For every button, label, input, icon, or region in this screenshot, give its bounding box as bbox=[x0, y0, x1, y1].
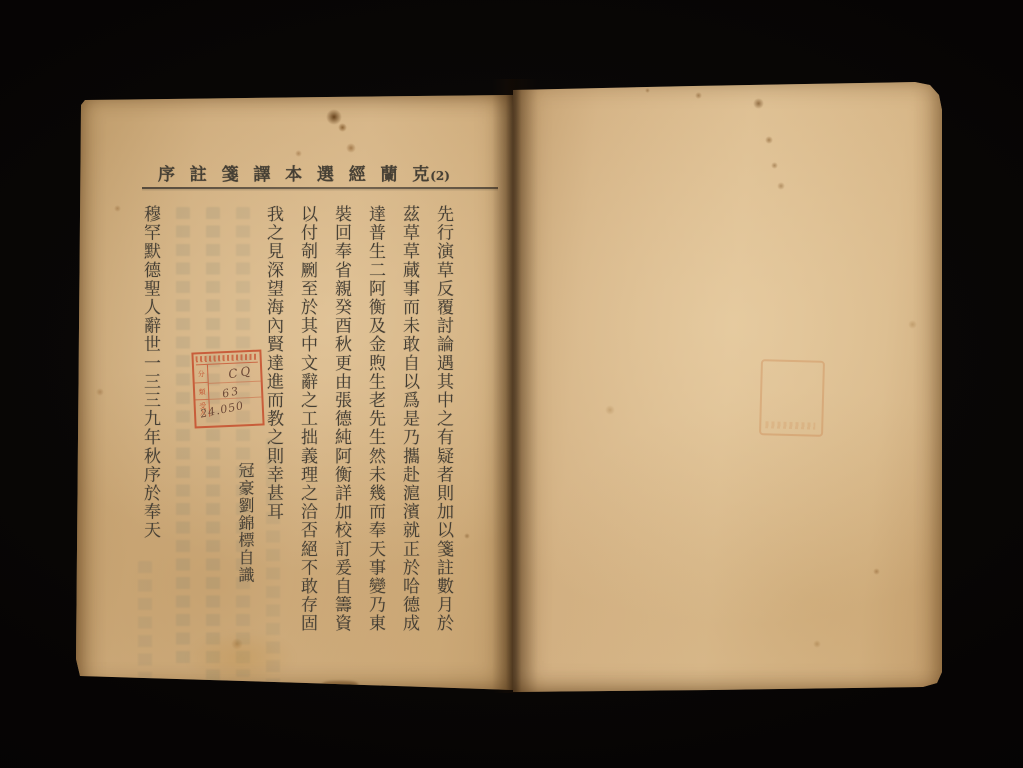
running-header-char: 選 bbox=[317, 160, 334, 185]
library-stamp: 分 類 受入 CQ 63 24.050 bbox=[191, 350, 264, 429]
running-header-char: 註 bbox=[190, 160, 207, 185]
dateline-column: 穆罕默德聖人辭世一三三九年秋序於奉天 bbox=[140, 205, 160, 540]
running-header-char: 序 bbox=[158, 160, 175, 185]
running-header-title-end: 克 (2) bbox=[412, 160, 450, 185]
body-column-1: 先行演草反覆討論遇其中之有疑者則加以箋註數月於 bbox=[433, 205, 453, 633]
book-photo: 序 註 箋 譯 本 選 經 蘭 克 (2) 先行演草反覆討論遇其中之有疑者則加以… bbox=[0, 0, 1023, 768]
stain-spot bbox=[908, 320, 917, 329]
stain-spot bbox=[326, 109, 342, 125]
stain-spot bbox=[695, 92, 702, 99]
stain-spot bbox=[771, 162, 778, 169]
running-header-char: 經 bbox=[349, 160, 366, 185]
stamp-main-area: CQ 63 24.050 bbox=[208, 363, 262, 417]
stain-spot bbox=[605, 405, 615, 415]
body-column-4: 裝回奉省親癸酉秋更由張德純阿衡詳加校訂爰自籌資 bbox=[331, 205, 351, 633]
ghost-text-column bbox=[236, 207, 250, 677]
stain-spot bbox=[765, 136, 773, 144]
body-column-3: 達普生二阿衡及金煦生老先生然未幾而奉天事變乃東 bbox=[365, 205, 385, 633]
body-column-5: 以付剞劂至於其中文辭之工拙義理之洽否絕不敢存固 bbox=[297, 205, 317, 633]
stain-spot bbox=[873, 568, 880, 575]
stamp-handwritten-class: CQ bbox=[227, 363, 254, 381]
ghost-text-column bbox=[138, 561, 152, 681]
stain-spot bbox=[114, 205, 121, 212]
running-header-char: 箋 bbox=[222, 160, 239, 185]
running-header-char: 蘭 bbox=[380, 160, 397, 185]
left-page: 序 註 箋 譯 本 選 經 蘭 克 (2) 先行演草反覆討論遇其中之有疑者則加以… bbox=[76, 93, 513, 693]
stain-spot bbox=[96, 388, 104, 396]
body-column-6: 我之見深望海內賢達進而教之則幸甚耳 bbox=[263, 205, 283, 521]
stain-spot bbox=[295, 150, 302, 157]
stamp-side-label: 分 bbox=[194, 365, 208, 382]
stamp-ghost-outline bbox=[759, 359, 825, 437]
running-header: 序 註 箋 譯 本 選 經 蘭 克 (2) bbox=[158, 160, 450, 185]
stain-spot bbox=[645, 88, 650, 93]
right-page bbox=[513, 80, 942, 692]
running-header-char: 本 bbox=[285, 160, 302, 185]
stain-spot bbox=[346, 143, 356, 153]
stain-spot bbox=[777, 182, 785, 190]
running-header-char: 克 bbox=[412, 160, 429, 185]
stain-spot bbox=[753, 98, 764, 109]
stamp-side-label: 類 bbox=[195, 382, 209, 400]
running-header-char: 譯 bbox=[253, 160, 270, 185]
stain-smear bbox=[322, 681, 358, 689]
page-edge-shading bbox=[513, 80, 942, 692]
page-number: (2) bbox=[430, 169, 450, 183]
stamp-divider bbox=[209, 381, 261, 384]
ghost-text-column bbox=[176, 207, 190, 669]
body-column-2: 茲草草蕆事而未敢自以爲是乃攜赴滬濱就正於哈德成 bbox=[399, 205, 419, 633]
ghost-text-column bbox=[206, 207, 220, 727]
stain-spot bbox=[338, 123, 347, 132]
signature-column: 冠豪劉錦標自識 bbox=[235, 462, 255, 584]
header-rule bbox=[142, 187, 498, 189]
stain-spot bbox=[464, 533, 470, 539]
stamp-body: 分 類 受入 CQ 63 24.050 bbox=[194, 363, 262, 418]
stain-spot bbox=[813, 640, 821, 648]
